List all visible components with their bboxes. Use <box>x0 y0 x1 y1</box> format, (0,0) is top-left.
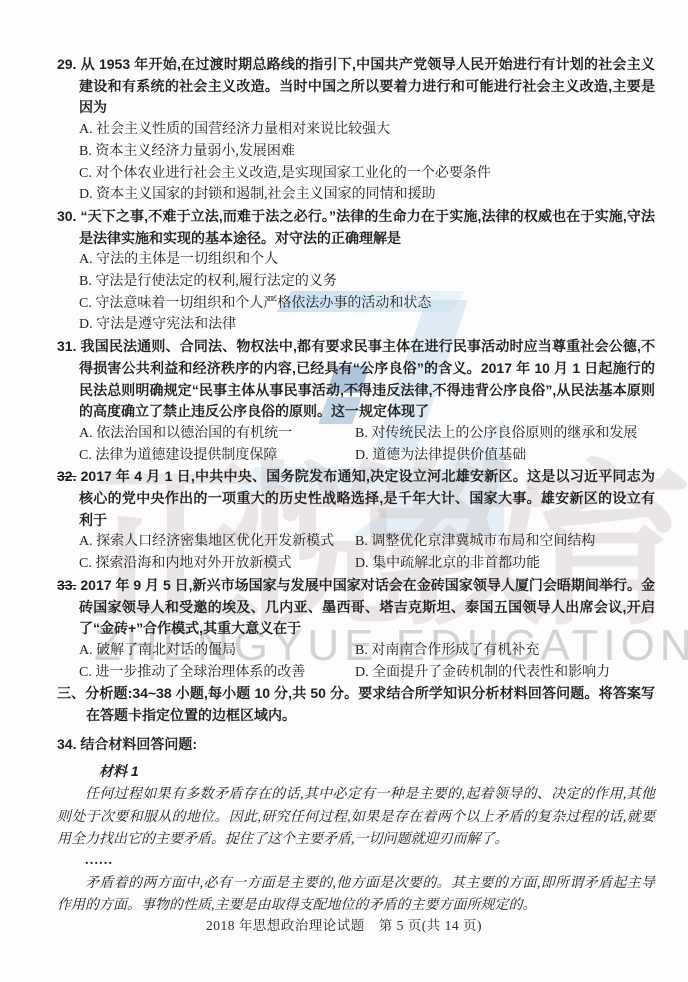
option-c: C. 法律为道德建设提供制度保障 <box>79 445 355 467</box>
option-b: B. 对传统民法上的公序良俗原则的继承和发展 <box>355 423 655 445</box>
question-stem: 30. “天下之事,不难于立法,而难于法之必行。”法律的生命力在于实施,法律的权… <box>57 206 655 249</box>
question-options: A. 守法的主体是一切组织和个人 B. 守法是行使法定的权利,履行法定的义务 C… <box>57 249 655 336</box>
question-stem: 29. 从 1953 年开始,在过渡时期总路线的指引下,中国共产党领导人民开始进… <box>57 54 655 119</box>
question-32: 32. 2017 年 4 月 1 日,中共中央、国务院发布通知,决定设立河北雄安… <box>57 466 655 575</box>
question-stem-text: 从 1953 年开始,在过渡时期总路线的指引下,中国共产党领导人民开始进行有计划… <box>79 56 655 115</box>
question-stem: 32. 2017 年 4 月 1 日,中共中央、国务院发布通知,决定设立河北雄安… <box>57 466 655 531</box>
option-c: C. 探索沿海和内地对外开放新模式 <box>79 553 355 575</box>
material-paragraph-2: 矛盾着的两方面中,必有一方面是主要的,他方面是次要的。其主要的方面,即所谓矛盾起… <box>57 873 655 918</box>
option-b: B. 守法是行使法定的权利,履行法定的义务 <box>79 271 655 293</box>
material-1-label: 材料 1 <box>99 761 655 783</box>
question-stem-text: 我国民法通则、合同法、物权法中,都有要求民事主体在进行民事活动时应当尊重社会公德… <box>79 338 655 419</box>
question-options: A. 探索人口经济密集地区优化开发新模式 B. 调整优化京津冀城市布局和空间结构… <box>57 531 655 574</box>
material-ellipsis: …… <box>57 851 655 871</box>
option-c: C. 进一步推动了全球治理体系的改善 <box>79 662 355 684</box>
question-stem-text: 2017 年 9 月 5 日,新兴市场国家与发展中国家对话会在金砖国家领导人厦门… <box>79 577 655 636</box>
option-d: D. 集中疏解北京的非首都功能 <box>355 553 655 575</box>
option-a: A. 守法的主体是一切组织和个人 <box>79 249 655 271</box>
question-stem: 31. 我国民法通则、合同法、物权法中,都有要求民事主体在进行民事活动时应当尊重… <box>57 336 655 423</box>
option-a: A. 破解了南北对话的僵局 <box>79 640 355 662</box>
question-options: A. 社会主义性质的国营经济力量相对来说比较强大 B. 资本主义经济力量弱小,发… <box>57 119 655 206</box>
option-d: D. 守法是遵守宪法和法律 <box>79 314 655 336</box>
question-stem-text: 2017 年 4 月 1 日,中共中央、国务院发布通知,决定设立河北雄安新区。这… <box>79 468 655 527</box>
material-paragraph-1: 任何过程如果有多数矛盾存在的话,其中必定有一种是主要的,起着领导的、决定的作用,… <box>57 784 655 851</box>
question-number: 31. <box>57 338 76 354</box>
option-d: D. 资本主义国家的封锁和遏制,社会主义国家的同情和援助 <box>79 184 655 206</box>
question-options: A. 破解了南北对话的僵局 B. 对南南合作形成了有机补充 C. 进一步推动了全… <box>57 640 655 683</box>
page-content: 29. 从 1953 年开始,在过渡时期总路线的指引下,中国共产党领导人民开始进… <box>0 0 688 918</box>
question-number: 34. <box>57 736 76 752</box>
option-b: B. 对南南合作形成了有机补充 <box>355 640 655 662</box>
question-29: 29. 从 1953 年开始,在过渡时期总路线的指引下,中国共产党领导人民开始进… <box>57 54 655 206</box>
question-34-intro: 结合材料回答问题: <box>76 736 197 752</box>
question-34: 34. 结合材料回答问题: <box>57 734 655 756</box>
section-3-label: 三、 <box>57 685 85 701</box>
question-number-struck: 32. <box>57 468 76 484</box>
question-options: A. 依法治国和以德治国的有机统一 B. 对传统民法上的公序良俗原则的继承和发展… <box>57 423 655 466</box>
question-number: 30. <box>57 208 76 224</box>
question-stem: 33. 2017 年 9 月 5 日,新兴市场国家与发展中国家对话会在金砖国家领… <box>57 575 655 640</box>
question-number-struck: 33. <box>57 577 76 593</box>
section-3-header: 三、分析题:34~38 小题,每小题 10 分,共 50 分。要求结合所学知识分… <box>57 683 655 726</box>
question-30: 30. “天下之事,不难于立法,而难于法之必行。”法律的生命力在于实施,法律的权… <box>57 206 655 336</box>
option-b: B. 资本主义经济力量弱小,发展困难 <box>79 141 655 163</box>
option-a: A. 依法治国和以德治国的有机统一 <box>79 423 355 445</box>
option-c: C. 对个体农业进行社会主义改造,是实现国家工业化的一个必要条件 <box>79 163 655 185</box>
question-stem-text: “天下之事,不难于立法,而难于法之必行。”法律的生命力在于实施,法律的权威也在于… <box>79 208 655 246</box>
option-c: C. 守法意味着一切组织和个人严格依法办事的活动和状态 <box>79 293 655 315</box>
question-number: 29. <box>57 56 76 72</box>
option-b: B. 调整优化京津冀城市布局和空间结构 <box>355 531 655 553</box>
option-a: A. 社会主义性质的国营经济力量相对来说比较强大 <box>79 119 655 141</box>
page-footer: 2018 年思想政治理论试题 第 5 页(共 14 页) <box>0 914 688 934</box>
question-31: 31. 我国民法通则、合同法、物权法中,都有要求民事主体在进行民事活动时应当尊重… <box>57 336 655 466</box>
exam-paper-page: 正悦教育 ZHENGYUE EDUCATION 29. 从 1953 年开始,在… <box>0 0 688 982</box>
option-d: D. 道德为法律提供价值基础 <box>355 445 655 467</box>
section-3-text: 分析题:34~38 小题,每小题 10 分,共 50 分。要求结合所学知识分析材… <box>85 685 655 723</box>
question-33: 33. 2017 年 9 月 5 日,新兴市场国家与发展中国家对话会在金砖国家领… <box>57 575 655 684</box>
option-d: D. 全面提升了金砖机制的代表性和影响力 <box>355 662 655 684</box>
option-a: A. 探索人口经济密集地区优化开发新模式 <box>79 531 355 553</box>
